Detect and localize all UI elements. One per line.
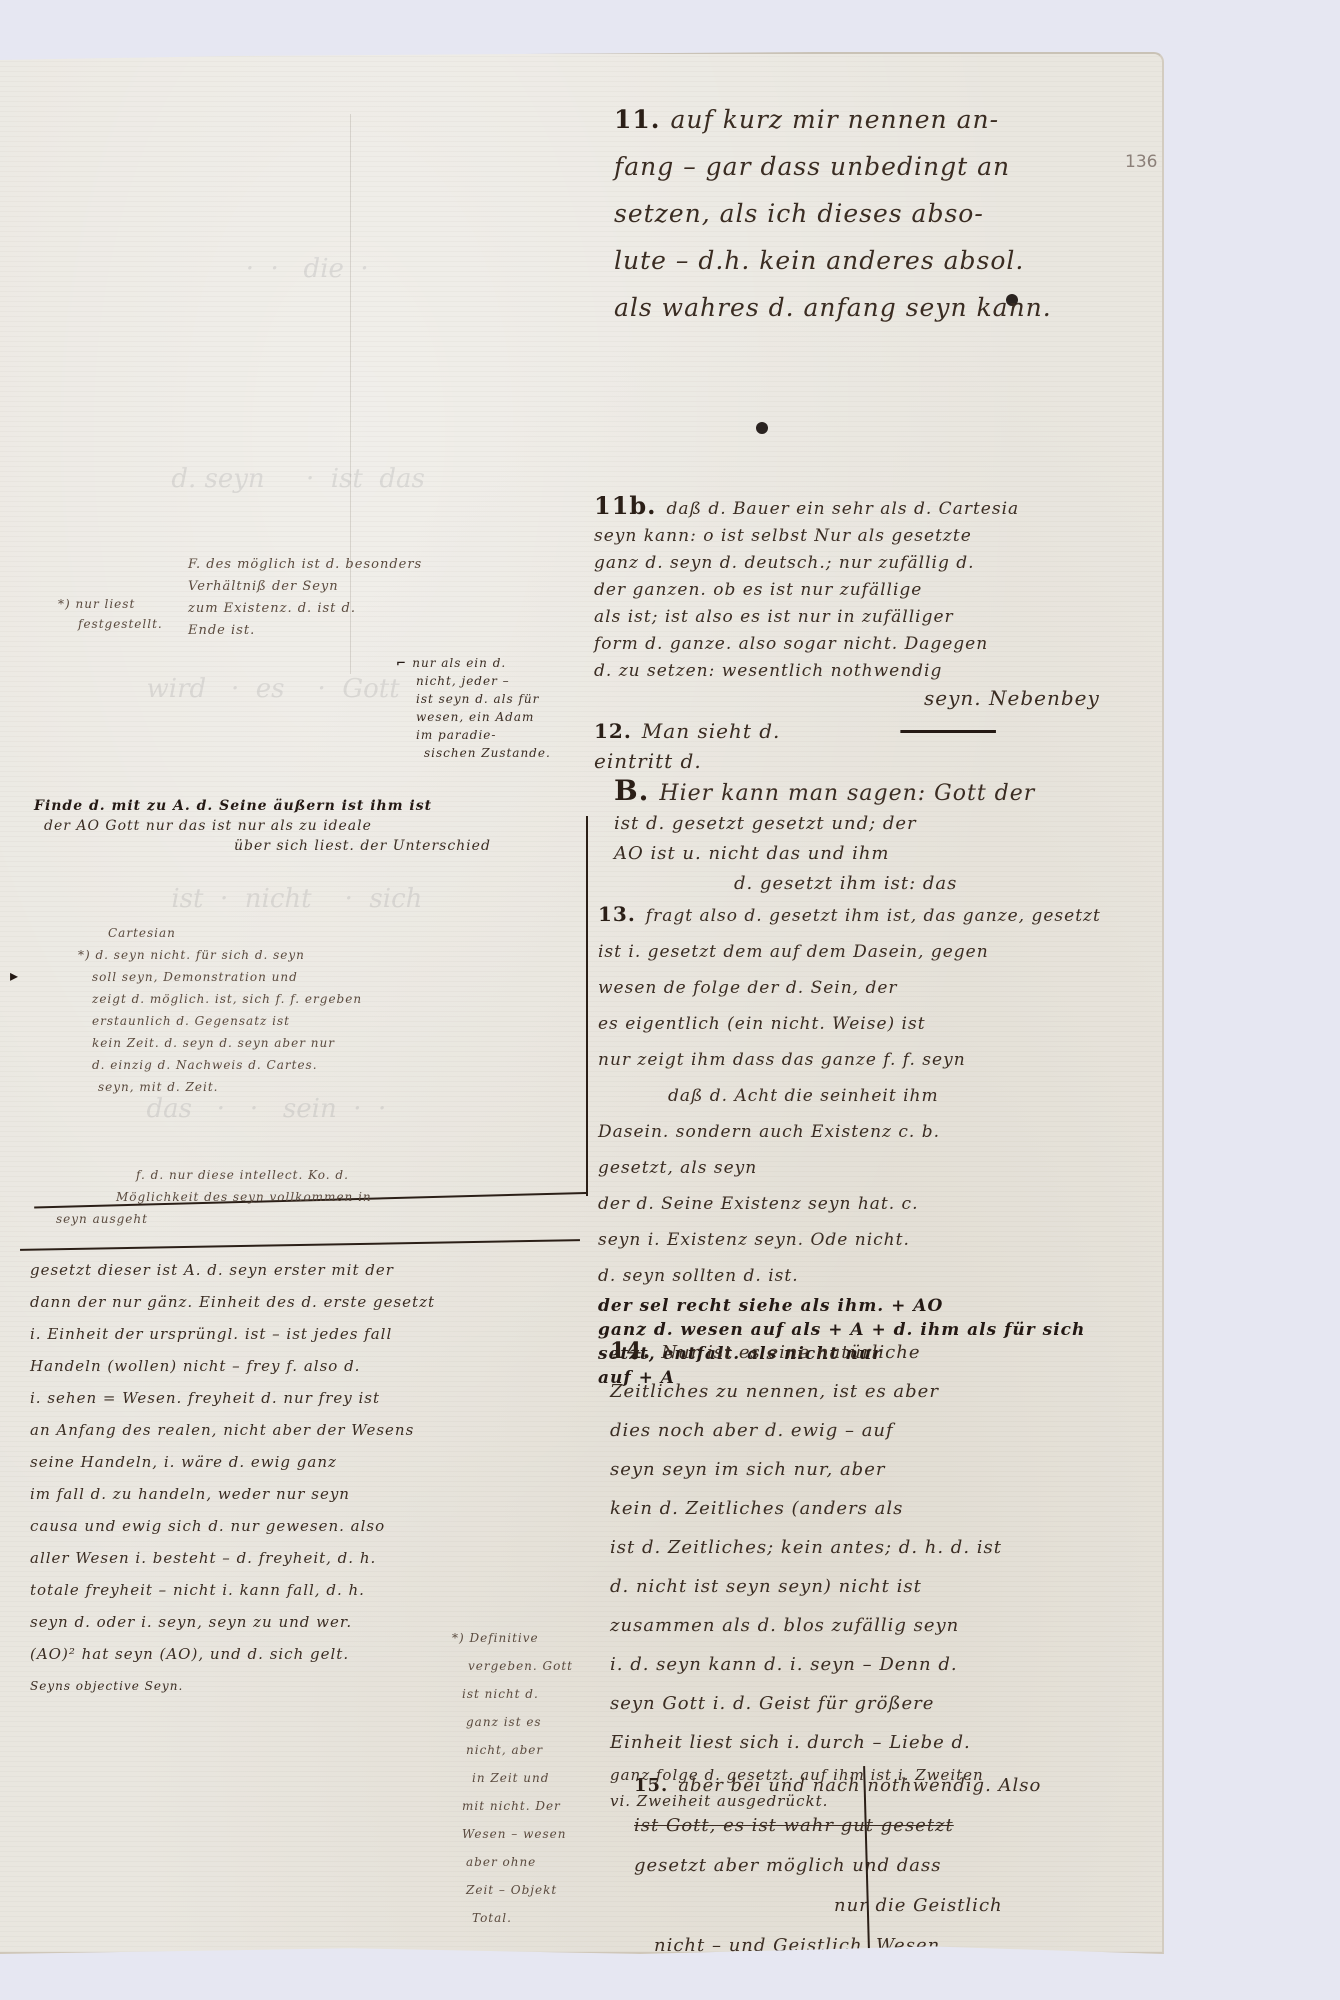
text-line: Man sieht d.: [642, 719, 781, 743]
text-line: F. des möglich ist d. besonders: [188, 554, 422, 576]
text-line: Nur ist es eine natürliche: [661, 1342, 920, 1363]
text-line: AO ist u. nicht das und ihm: [614, 839, 1035, 869]
box-border-right: [586, 816, 588, 1196]
text-line: nicht – und Geistlich. Wesen,: [634, 1926, 1041, 1966]
text-line: i. sehen = Wesen. freyheit d. nur frey i…: [30, 1382, 435, 1414]
text-line: zeigt d. möglich. ist, sich f. f. ergebe…: [78, 988, 362, 1010]
text-line: ist d. gesetzt gesetzt und; der: [614, 809, 1035, 839]
section-number: 14.: [610, 1338, 651, 1364]
text-line: Total.: [452, 1904, 573, 1932]
text-line: der ganzen. ob es ist nur zufällige: [594, 577, 1100, 604]
text-line: wesen, ein Adam: [396, 708, 551, 726]
section-14: 14.Nur ist es eine natürliche Zeitliches…: [610, 1332, 1002, 1814]
text-line: seyn i. Existenz seyn. Ode nicht.: [598, 1222, 1101, 1258]
text-line: f. d. nur diese intellect. Ko. d.: [56, 1164, 372, 1186]
section-15: 15.aber bei und nach nothwendig. Also is…: [634, 1766, 1041, 2000]
text-line: aber ohne: [452, 1848, 573, 1876]
text-line: vergeben. Gott: [452, 1652, 573, 1680]
pointer-mark: ▸: [10, 966, 19, 985]
section-13: 13.fragt also d. gesetzt ihm ist, das ga…: [598, 896, 1101, 1390]
text-line: ist nicht d.: [452, 1680, 573, 1708]
text-line: seyn kann: o ist selbst Nur als gesetzte: [594, 523, 1100, 550]
section-11: 11.auf kurz mir nennen an- fang – gar da…: [614, 96, 1052, 331]
section-number: 15.: [634, 1775, 668, 1796]
text-line: nur als ein d.: [412, 656, 506, 670]
text-line: als wahres d. anfang seyn kann.: [614, 284, 1052, 331]
bleedthrough-text: · · die · d. seyn · ist das wird · es · …: [130, 94, 425, 1284]
text-line: seyn seyn im sich nur, aber: [610, 1450, 1002, 1489]
text-line: gesetzt, als seyn: [598, 1150, 1101, 1186]
margin-note-asterisk: *) nur liest festgestellt.: [58, 594, 163, 634]
text-line: ganz d. seyn d. deutsch.; nur zufällig d…: [594, 550, 1100, 577]
text-line: eintritt d.: [594, 746, 996, 776]
folio-number: 136: [1125, 152, 1157, 172]
section-number: B.: [614, 774, 649, 807]
text-line: kein d. Zeitliches (anders als: [610, 1489, 1002, 1528]
note-b: B.Hier kann man sagen: Gott der ist d. g…: [614, 776, 1035, 899]
text-line: zum Existenz. d. ist d.: [188, 598, 422, 620]
text-line: als ist; ist also es ist nur in zufällig…: [594, 604, 1100, 631]
text-line: seyn Gott i. d. Geist für größere: [610, 1684, 1002, 1723]
text-line: Hier kann man sagen: Gott der: [659, 781, 1035, 806]
text-line: aber bei und nach nothwendig. Also: [678, 1775, 1041, 1796]
bracket-mark: ⌐: [396, 656, 412, 670]
margin-note-bottom: *) Definitive vergeben. Gott ist nicht d…: [452, 1624, 573, 1932]
text-line: seyn ausgeht: [56, 1208, 372, 1230]
text-line: daß d. Acht die seinheit ihm: [598, 1078, 1101, 1114]
section-11b: 11b.daß d. Bauer ein sehr als d. Cartesi…: [594, 492, 1100, 712]
text-line: ist d. Zeitliches; kein antes; d. h. d. …: [610, 1528, 1002, 1567]
section-number: 12.: [594, 719, 632, 743]
text-line: im fall d. zu handeln, weder nur seyn: [30, 1478, 435, 1510]
struck-line: ist Gott, es ist wahr gut gesetzt: [634, 1806, 1041, 1846]
text-line: in Zeit und: [452, 1764, 573, 1792]
text-line: nur die Geistlich: [634, 1886, 1041, 1926]
text-line: *) nur liest: [58, 594, 163, 614]
struck-word: [900, 719, 996, 743]
text-line: Einheit liest sich i. durch – Liebe d.: [610, 1723, 1002, 1762]
text-line: im paradie-: [396, 726, 551, 744]
text-line: seyn, mit d. Zeit.: [78, 1076, 362, 1098]
bleed-line: d. seyn · ist das: [130, 444, 425, 514]
text-line: *) Definitive: [452, 1624, 573, 1652]
text-line: form d. ganze. also sogar nicht. Dagegen: [594, 631, 1100, 658]
text-line: dies noch aber d. ewig – auf: [610, 1411, 1002, 1450]
margin-note-bracket: ⌐ nur als ein d. nicht, jeder – ist seyn…: [396, 654, 551, 762]
bleed-line: · · die ·: [130, 234, 425, 304]
text-line: seyn. Nebenbey: [594, 685, 1100, 712]
section-12: 12.Man sieht d. eintritt d.: [594, 716, 996, 776]
text-line: setzen, als ich dieses abso-: [614, 190, 1052, 237]
boxed-heading: Finde d. mit zu A. d. Seine äußern ist i…: [34, 796, 491, 856]
text-line: Seyns objective Seyn.: [30, 1670, 435, 1702]
text-line: fang – gar dass unbedingt an: [614, 143, 1052, 190]
section-number: 13.: [598, 902, 636, 926]
text-line: festgestellt.: [58, 614, 163, 634]
text-line: der AO Gott nur das ist nur als zu ideal…: [34, 816, 491, 836]
text-line: d. zu setzen: wesentlich nothwendig: [594, 658, 1100, 685]
manuscript-page: · · die · d. seyn · ist das wird · es · …: [0, 52, 1164, 1954]
text-line: nur zeigt ihm dass das ganze f. f. seyn: [598, 1042, 1101, 1078]
text-line: nicht, aber: [452, 1736, 573, 1764]
text-line: soll seyn, Demonstration und: [78, 966, 362, 988]
text-line: Zeit – Objekt: [452, 1876, 573, 1904]
bleed-line: wird · es · Gott: [130, 654, 425, 724]
boxed-note-label: Cartesian: [78, 922, 362, 944]
text-line: Ende ist.: [188, 620, 422, 642]
text-line: lute – d.h. kein anderes absol.: [614, 237, 1052, 284]
text-line: über sich liest. der Unterschied: [34, 836, 491, 856]
text-line: aller Wesen i. besteht – d. freyheit, d.…: [30, 1542, 435, 1574]
text-line: Dasein. sondern auch Existenz c. b.: [598, 1114, 1101, 1150]
text-line: totale freyheit – nicht i. kann fall, d.…: [30, 1574, 435, 1606]
ink-dot: [756, 422, 768, 434]
text-line: mit nicht. Der: [452, 1792, 573, 1820]
text-line: ist seyn d. als für: [396, 690, 551, 708]
text-line: zusammen als d. blos zufällig seyn: [610, 1606, 1002, 1645]
text-line: i. Einheit der ursprüngl. ist – ist jede…: [30, 1318, 435, 1350]
text-line: erstaunlich d. Gegensatz ist: [78, 1010, 362, 1032]
text-line: Verhältniß der Seyn: [188, 576, 422, 598]
text-line: d. nicht ist seyn seyn) nicht ist: [610, 1567, 1002, 1606]
text-line: i. d. seyn kann d. i. seyn – Denn d.: [610, 1645, 1002, 1684]
text-line: nicht, jeder –: [396, 672, 551, 690]
text-line: kein Zeit. d. seyn d. seyn aber nur: [78, 1032, 362, 1054]
section-number: 11b.: [594, 491, 657, 520]
text-line: seyn, und zu den …: [634, 1966, 1041, 2000]
text-line: daß d. Bauer ein sehr als d. Cartesia: [667, 499, 1020, 519]
text-line: d. seyn sollten d. ist.: [598, 1258, 1101, 1294]
text-line: seine Handeln, i. wäre d. ewig ganz: [30, 1446, 435, 1478]
text-line: (AO)² hat seyn (AO), und d. sich gelt.: [30, 1638, 435, 1670]
text-line: ganz ist es: [452, 1708, 573, 1736]
text-line: wesen de folge der d. Sein, der: [598, 970, 1101, 1006]
text-line: Zeitliches zu nennen, ist es aber: [610, 1372, 1002, 1411]
text-line: gesetzt dieser ist A. d. seyn erster mit…: [30, 1254, 435, 1286]
boxed-note: Cartesian *) d. seyn nicht. für sich d. …: [78, 922, 362, 1098]
text-line: Handeln (wollen) nicht – frey f. also d.: [30, 1350, 435, 1382]
text-line: causa und ewig sich d. nur gewesen. also: [30, 1510, 435, 1542]
text-line: Wesen – wesen: [452, 1820, 573, 1848]
text-line: es eigentlich (ein nicht. Weise) ist: [598, 1006, 1101, 1042]
text-line: auf kurz mir nennen an-: [671, 105, 1000, 134]
text-line: Finde d. mit zu A. d. Seine äußern ist i…: [34, 796, 491, 816]
text-line: an Anfang des realen, nicht aber der Wes…: [30, 1414, 435, 1446]
text-line: d. gesetzt ihm ist: das: [614, 869, 1035, 899]
text-line: *) d. seyn nicht. für sich d. seyn: [78, 944, 362, 966]
margin-note-top: F. des möglich ist d. besonders Verhältn…: [188, 554, 422, 642]
left-paragraph: gesetzt dieser ist A. d. seyn erster mit…: [30, 1254, 435, 1702]
text-line: fragt also d. gesetzt ihm ist, das ganze…: [646, 906, 1101, 926]
section-number: 11.: [614, 105, 661, 134]
text-line: der d. Seine Existenz seyn hat. c.: [598, 1186, 1101, 1222]
text-line: der sel recht siehe als ihm. + AO: [598, 1294, 1101, 1318]
text-line: ist i. gesetzt dem auf dem Dasein, gegen: [598, 934, 1101, 970]
text-line: dann der nur gänz. Einheit des d. erste …: [30, 1286, 435, 1318]
text-line: d. einzig d. Nachweis d. Cartes.: [78, 1054, 362, 1076]
text-line: Möglichkeit des seyn vollkommen in: [56, 1186, 372, 1208]
box-footer-note: f. d. nur diese intellect. Ko. d. Möglic…: [56, 1164, 372, 1230]
text-line: sischen Zustande.: [396, 744, 551, 762]
text-line: gesetzt aber möglich und dass: [634, 1846, 1041, 1886]
text-line: seyn d. oder i. seyn, seyn zu und wer.: [30, 1606, 435, 1638]
